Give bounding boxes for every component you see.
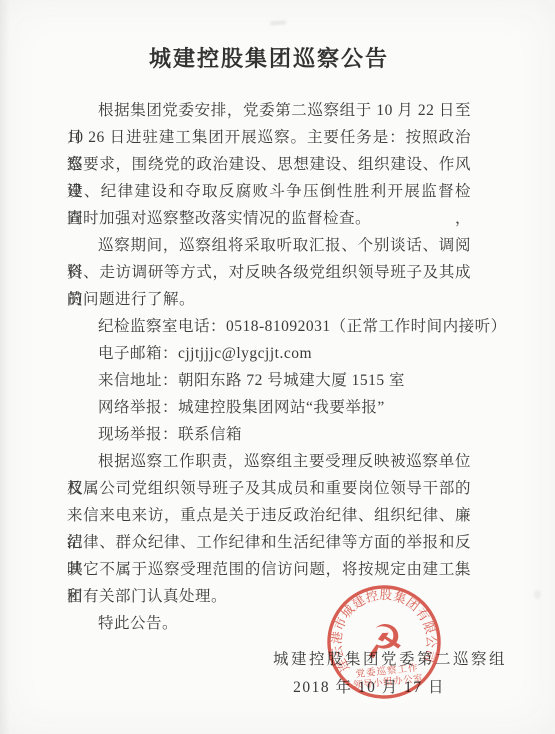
contact-web: 网络举报：城建控股集团网站“我要举报”	[67, 394, 471, 421]
para-scope-line: 来信来电来访，重点是关于违反政治纪律、组织纪律、廉洁	[67, 502, 471, 529]
document-body: 根据集团党委安排，党委第二巡察组于 10 月 22 日至 10月 26 日进驻建…	[67, 97, 471, 637]
para-announcement: 根据集团党委安排，党委第二巡察组于 10 月 22 日至 10月 26 日进驻建…	[67, 97, 471, 232]
para-announcement-line: 设、纪律建设和夺取反腐败斗争压倒性胜利开展监督检查，	[67, 178, 471, 205]
para-methods-line: 的问题进行了解。	[67, 286, 471, 313]
contact-onsite-line: 现场举报：联系信箱	[67, 421, 471, 448]
para-scope-line: 根据巡察工作职责，巡察组主要受理反映被巡察单位及	[67, 448, 471, 475]
para-scope-line: 纪律、群众纪律、工作纪律和生活纪律等方面的举报和反映。	[67, 529, 471, 556]
scan-speck	[534, 590, 541, 599]
para-scope-line: 其它不属于巡察受理范围的信访问题，将按规定由建工集团	[67, 556, 471, 583]
para-scope-line: 权属公司党组织领导班子及其成员和重要岗位领导干部的	[67, 475, 471, 502]
para-methods: 巡察期间，巡察组将采取听取汇报、个别谈话、调阅资料、走访调研等方式，对反映各级党…	[67, 232, 471, 313]
contact-email-line: 电子邮箱：cjjtjjjc@lygcjjt.com	[67, 340, 471, 367]
contact-address: 来信地址：朝阳东路 72 号城建大厦 1515 室	[67, 367, 471, 394]
para-announcement-line: 月 26 日进驻建工集团开展巡察。主要任务是：按照政治巡	[67, 124, 471, 151]
document-title: 城建控股集团巡察公告	[67, 42, 471, 76]
contact-phone: 纪检监察室电话：0518-81092031（正常工作时间内接听）	[67, 313, 471, 340]
para-methods-line: 料、走访调研等方式，对反映各级党组织领导班子及其成员	[67, 259, 471, 286]
para-announcement-line: 根据集团党委安排，党委第二巡察组于 10 月 22 日至 10	[67, 97, 471, 124]
official-seal: 连云港市城建控股集团有限公司 ☭ 党委巡察工作 领导小组办公室	[324, 582, 444, 702]
para-announcement-line: 察要求，围绕党的政治建设、思想建设、组织建设、作风建	[67, 151, 471, 178]
contact-email: 电子邮箱：cjjtjjjc@lygcjjt.com	[67, 340, 471, 367]
scan-smudge	[270, 20, 286, 25]
contact-web-line: 网络举报：城建控股集团网站“我要举报”	[67, 394, 471, 421]
scanned-document-page: 城建控股集团巡察公告 根据集团党委安排，党委第二巡察组于 10 月 22 日至 …	[0, 0, 555, 734]
contact-address-line: 来信地址：朝阳东路 72 号城建大厦 1515 室	[67, 367, 471, 394]
para-methods-line: 巡察期间，巡察组将采取听取汇报、个别谈话、调阅资	[67, 232, 471, 259]
hammer-sickle-icon: ☭	[361, 615, 406, 669]
contact-onsite: 现场举报：联系信箱	[67, 421, 471, 448]
contact-phone-line: 纪检监察室电话：0518-81092031（正常工作时间内接听）	[67, 313, 471, 340]
